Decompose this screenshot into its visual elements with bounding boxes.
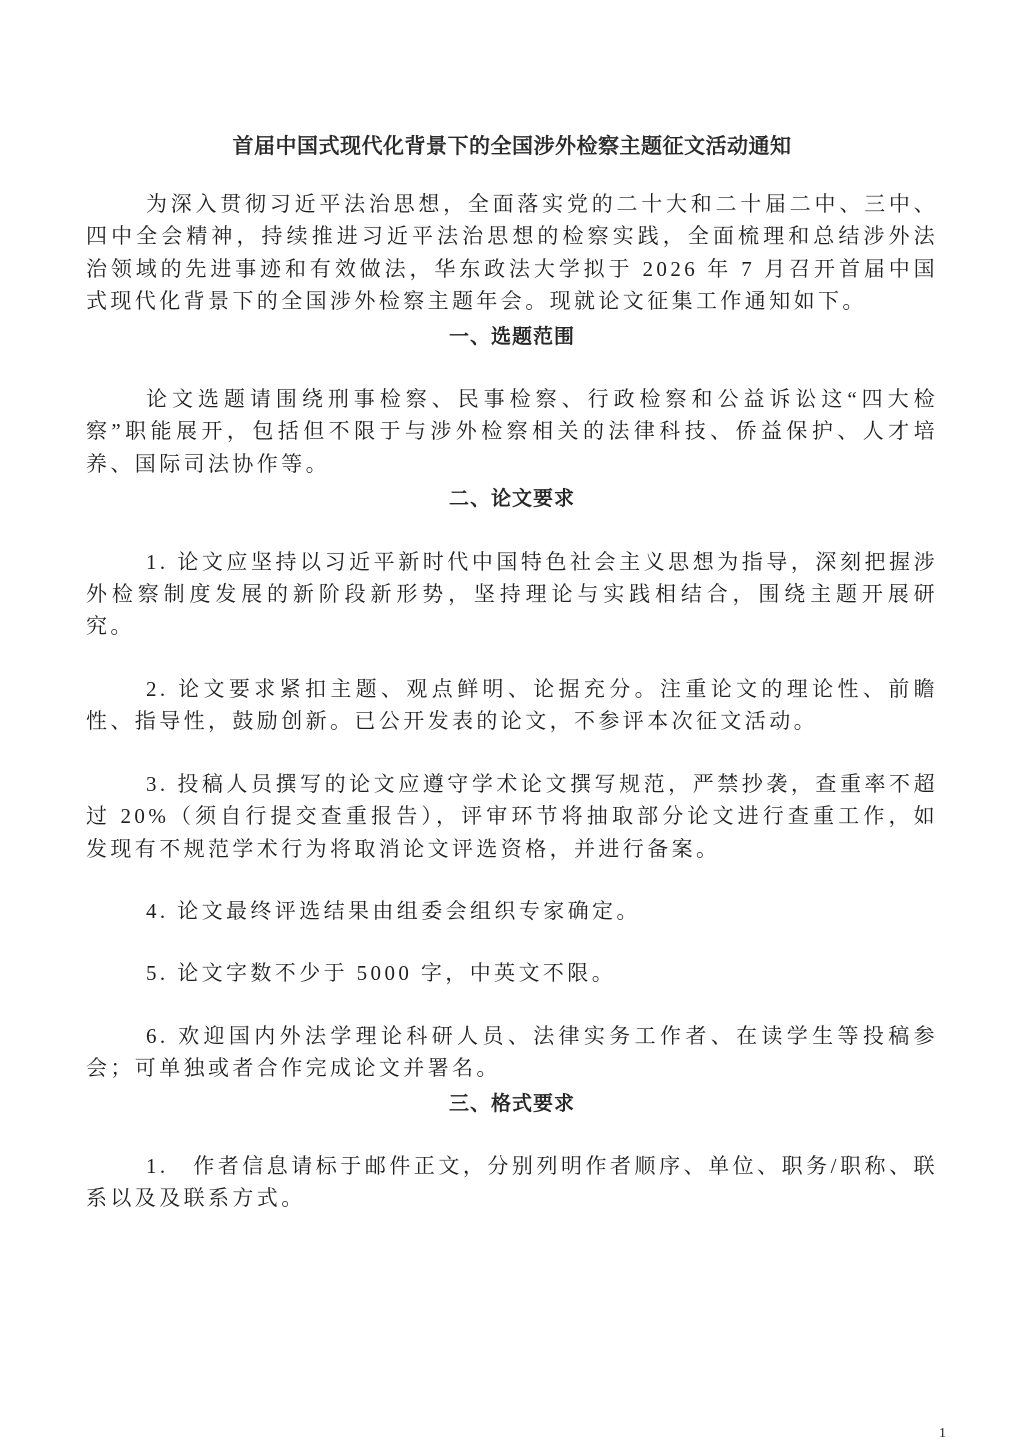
section-heading-format-requirements: 三、格式要求 xyxy=(86,1088,938,1120)
requirement-item-1: 1. 论文应坚持以习近平新时代中国特色社会主义思想为指导，深刻把握涉外检察制度发… xyxy=(86,546,938,643)
format-item-1: 1. 作者信息请标于邮件正文，分别列明作者顺序、单位、职务/职称、联系以及及联系… xyxy=(86,1150,938,1215)
page-number: 1 xyxy=(939,1426,946,1442)
section-heading-topic-scope: 一、选题范围 xyxy=(86,321,938,353)
document-content: 首届中国式现代化背景下的全国涉外检察主题征文活动通知 为深入贯彻习近平法治思想，… xyxy=(86,132,938,1245)
requirement-item-6: 6. 欢迎国内外法学理论科研人员、法律实务工作者、在读学生等投稿参会；可单独或者… xyxy=(86,1020,938,1085)
requirement-item-4: 4. 论文最终评选结果由组委会组织专家确定。 xyxy=(86,895,938,927)
requirement-item-2: 2. 论文要求紧扣主题、观点鲜明、论据充分。注重论文的理论性、前瞻性、指导性，鼓… xyxy=(86,673,938,738)
document-title: 首届中国式现代化背景下的全国涉外检察主题征文活动通知 xyxy=(86,132,938,162)
requirement-item-5: 5. 论文字数不少于 5000 字，中英文不限。 xyxy=(86,957,938,989)
document-page: 首届中国式现代化背景下的全国涉外检察主题征文活动通知 为深入贯彻习近平法治思想，… xyxy=(0,0,1024,1449)
topic-scope-paragraph: 论文选题请围绕刑事检察、民事检察、行政检察和公益诉讼这“四大检察”职能展开，包括… xyxy=(86,383,938,480)
intro-paragraph: 为深入贯彻习近平法治思想，全面落实党的二十大和二十届二中、三中、四中全会精神，持… xyxy=(86,188,938,318)
requirement-item-3: 3. 投稿人员撰写的论文应遵守学术论文撰写规范，严禁抄袭，查重率不超过 20%（… xyxy=(86,768,938,865)
section-heading-paper-requirements: 二、论文要求 xyxy=(86,483,938,515)
